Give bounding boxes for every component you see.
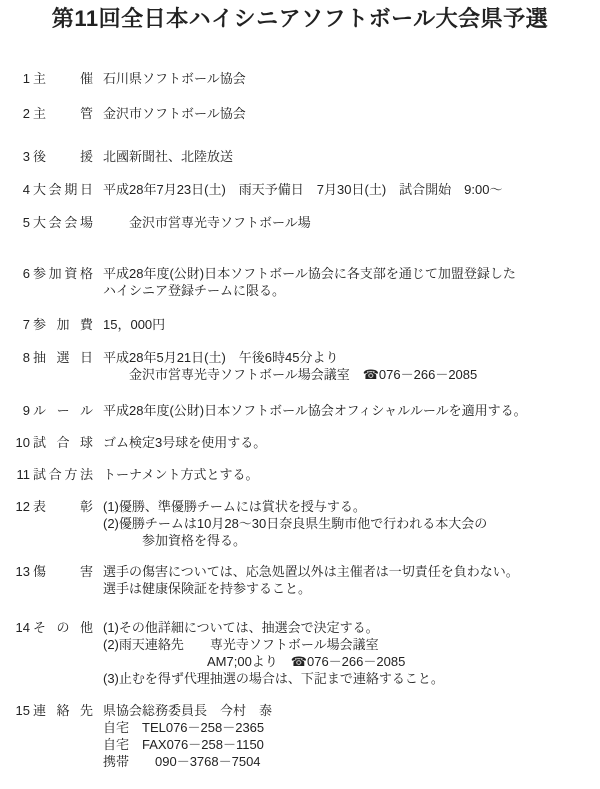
item-label: ルール	[33, 402, 93, 419]
item-10-game-ball: 10 試合球 ゴム検定3号球を使用する。	[0, 434, 600, 451]
item-content: 県協会総務委員長 今村 泰 自宅 TEL076－258－2365 自宅 FAX0…	[103, 702, 600, 770]
item-number: 1	[0, 70, 30, 87]
item-label: 試合球	[33, 434, 93, 451]
item-list: 1 主催 石川県ソフトボール協会 2 主管 金沢市ソフトボール協会 3 後援 北…	[0, 70, 600, 770]
item-6-eligibility: 6 参加資格 平成28年度(公財)日本ソフトボール協会に各支部を通じて加盟登録し…	[0, 265, 600, 299]
item-number: 8	[0, 349, 30, 366]
item-15-contact: 15 連絡先 県協会総務委員長 今村 泰 自宅 TEL076－258－2365 …	[0, 702, 600, 770]
item-content: (1)優勝、準優勝チームには賞状を授与する。 (2)優勝チームは10月28～30…	[103, 498, 600, 549]
item-number: 10	[0, 434, 30, 451]
page-title: 第11回全日本ハイシニアソフトボール大会県予選	[0, 6, 600, 32]
item-number: 9	[0, 402, 30, 419]
item-content: 金沢市営専光寺ソフトボール場	[103, 214, 600, 231]
item-label: 抽選日	[33, 349, 93, 366]
item-content: 平成28年度(公財)日本ソフトボール協会オフィシャルルールを適用する。	[103, 402, 600, 419]
item-content: 平成28年度(公財)日本ソフトボール協会に各支部を通じて加盟登録した ハイシニア…	[103, 265, 600, 299]
item-content: 選手の傷害については、応急処置以外は主催者は一切責任を負わない。 選手は健康保険…	[103, 563, 600, 597]
item-content: 15，000円	[103, 316, 600, 333]
item-1-organizer: 1 主催 石川県ソフトボール協会	[0, 70, 600, 87]
item-number: 6	[0, 265, 30, 282]
item-number: 15	[0, 702, 30, 719]
item-14-other: 14 その他 (1)その他詳細については、抽選会で決定する。 (2)雨天連絡先 …	[0, 619, 600, 687]
item-number: 7	[0, 316, 30, 333]
item-5-venue: 5 大会会場 金沢市営専光寺ソフトボール場	[0, 214, 600, 231]
item-label: 試合方法	[33, 466, 93, 483]
item-11-game-format: 11 試合方法 トーナメント方式とする。	[0, 466, 600, 483]
item-7-fee: 7 参加費 15，000円	[0, 316, 600, 333]
item-label: 参加資格	[33, 265, 93, 282]
item-label: 大会期日	[33, 181, 93, 198]
item-label: 後援	[33, 148, 93, 165]
item-number: 4	[0, 181, 30, 198]
item-label: 主管	[33, 105, 93, 122]
item-content: 北國新聞社、北陸放送	[103, 148, 600, 165]
item-label: 参加費	[33, 316, 93, 333]
item-number: 5	[0, 214, 30, 231]
document-page: 第11回全日本ハイシニアソフトボール大会県予選 1 主催 石川県ソフトボール協会…	[0, 0, 600, 789]
item-8-lottery-date: 8 抽選日 平成28年5月21日(土) 午後6時45分より 金沢市営専光寺ソフト…	[0, 349, 600, 383]
item-content: (1)その他詳細については、抽選会で決定する。 (2)雨天連絡先 専光寺ソフトボ…	[103, 619, 600, 687]
item-content: 石川県ソフトボール協会	[103, 70, 600, 87]
item-content: ゴム検定3号球を使用する。	[103, 434, 600, 451]
item-12-awards: 12 表彰 (1)優勝、準優勝チームには賞状を授与する。 (2)優勝チームは10…	[0, 498, 600, 549]
item-9-rules: 9 ルール 平成28年度(公財)日本ソフトボール協会オフィシャルルールを適用する…	[0, 402, 600, 419]
item-content: トーナメント方式とする。	[103, 466, 600, 483]
item-2-management: 2 主管 金沢市ソフトボール協会	[0, 105, 600, 122]
item-number: 3	[0, 148, 30, 165]
item-number: 14	[0, 619, 30, 636]
item-label: 連絡先	[33, 702, 93, 719]
item-label: 表彰	[33, 498, 93, 515]
item-content: 金沢市ソフトボール協会	[103, 105, 600, 122]
item-number: 11	[0, 466, 30, 483]
item-number: 13	[0, 563, 30, 580]
item-label: 主催	[33, 70, 93, 87]
item-3-support: 3 後援 北國新聞社、北陸放送	[0, 148, 600, 165]
item-label: その他	[33, 619, 93, 636]
item-label: 傷害	[33, 563, 93, 580]
item-number: 12	[0, 498, 30, 515]
item-content: 平成28年5月21日(土) 午後6時45分より 金沢市営専光寺ソフトボール場会議…	[103, 349, 600, 383]
item-label: 大会会場	[33, 214, 93, 231]
item-content: 平成28年7月23日(土) 雨天予備日 7月30日(土) 試合開始 9:00～	[103, 181, 600, 198]
item-number: 2	[0, 105, 30, 122]
item-13-injury: 13 傷害 選手の傷害については、応急処置以外は主催者は一切責任を負わない。 選…	[0, 563, 600, 597]
item-4-date: 4 大会期日 平成28年7月23日(土) 雨天予備日 7月30日(土) 試合開始…	[0, 181, 600, 198]
